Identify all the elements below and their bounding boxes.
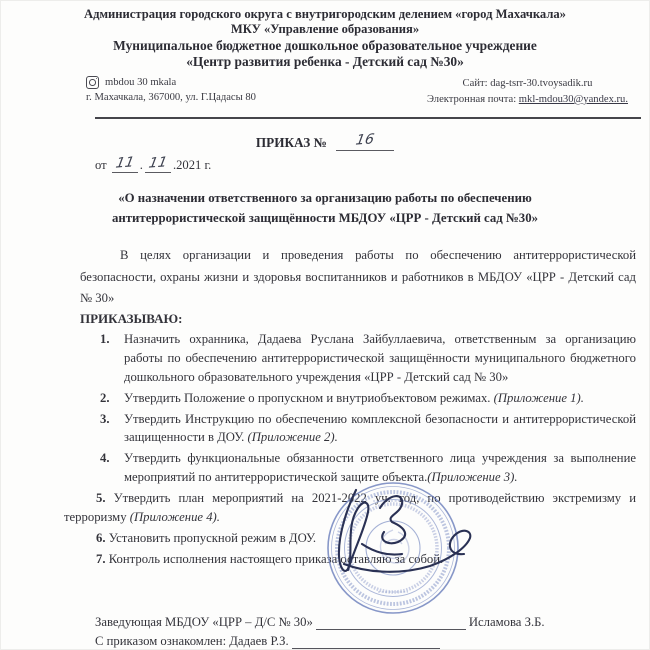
appendix-ref: (Приложение 1). (494, 391, 584, 405)
date-year: .2021 г. (173, 158, 211, 172)
head-title: Заведующая МБДОУ «ЦРР – Д/С № 30» (95, 615, 313, 630)
list-item: 7. Контроль исполнения настоящего приказ… (64, 550, 636, 569)
contact-right: Сайт: dag-tsrr-30.tvoysadik.ru Электронн… (427, 76, 628, 108)
letterhead-institution: Муниципальное бюджетное дошкольное образ… (0, 38, 650, 54)
header-divider (95, 117, 641, 119)
order-heading: ПРИКАЗ № 16 (0, 134, 650, 151)
order-subject: «О назначении ответственного за организа… (75, 189, 575, 229)
list-item: 3. Утвердить Инструкцию по обеспечению к… (100, 410, 636, 448)
head-signature-line (316, 616, 466, 630)
head-name: Исламова З.Б. (469, 615, 545, 630)
subject-line-1: «О назначении ответственного за организа… (75, 189, 575, 209)
item-text: Назначить охранника, Дадаева Руслана Зай… (118, 330, 636, 386)
order-date-line: от 11.11.2021 г. (95, 157, 650, 173)
order-items-list: 1. Назначить охранника, Дадаева Руслана … (100, 330, 636, 486)
item-number: 3. (100, 410, 118, 448)
letterhead-department: МКУ «Управление образования» (0, 22, 650, 37)
contact-block: mbdou 30 mkala г. Махачкала, 367000, ул.… (86, 76, 628, 108)
list-item: 2. Утвердить Положение о пропускном и вн… (100, 389, 636, 408)
preamble-paragraph: В целях организации и проведения работы … (80, 245, 636, 309)
date-month-slot: 11 (145, 157, 171, 173)
list-item: 5. Утвердить план мероприятий на 2021-20… (64, 489, 636, 527)
contact-left: mbdou 30 mkala г. Махачкала, 367000, ул.… (86, 76, 256, 103)
date-day-slot: 11 (112, 157, 138, 173)
letterhead-administration: Администрация городского округа с внутри… (0, 7, 650, 22)
list-item: 1. Назначить охранника, Дадаева Руслана … (100, 330, 636, 386)
email-label: Электронная почта: (427, 94, 519, 105)
instagram-handle: mbdou 30 mkala (105, 77, 176, 88)
postal-address: г. Махачкала, 367000, ул. Г.Цадасы 80 (86, 92, 256, 103)
item-number: 1. (100, 330, 118, 386)
item-number: 4. (100, 449, 118, 487)
letterhead-institution-name: «Центр развития ребенка - Детский сад №3… (0, 54, 650, 70)
signature-block: Заведующая МБДОУ «ЦРР – Д/С № 30» Исламо… (95, 611, 650, 649)
subject-line-2: антитеррористической защищённости МБДОУ … (75, 209, 575, 229)
email-link[interactable]: mkl-mdou30@yandex.ru. (519, 94, 628, 105)
appendix-ref: (Приложение 4). (130, 510, 220, 524)
item-text: Утвердить Инструкцию по обеспечению комп… (118, 410, 636, 448)
item-number: 7. (96, 552, 106, 566)
item-number: 6. (96, 531, 106, 545)
scanned-order-document: Администрация городского округа с внутри… (0, 0, 650, 650)
item-number: 2. (100, 389, 118, 408)
handwritten-date-month: 11 (147, 154, 168, 171)
item-text: Утвердить функциональные обязанности отв… (118, 449, 636, 487)
order-heading-label: ПРИКАЗ № (256, 135, 327, 150)
handwritten-order-number: 16 (355, 131, 376, 148)
list-item: 4. Утвердить функциональные обязанности … (100, 449, 636, 487)
acknowledgement-label: С приказом ознакомлен: Дадаев Р.З. (95, 634, 289, 649)
letterhead: Администрация городского округа с внутри… (0, 0, 650, 71)
date-dot: . (140, 158, 143, 172)
ack-signature-line (292, 635, 440, 649)
decree-label: ПРИКАЗЫВАЮ: (80, 311, 650, 327)
item-text: Утвердить Положение о пропускном и внутр… (118, 389, 636, 408)
item-number: 5. (96, 491, 106, 505)
appendix-ref: (Приложение 3). (427, 470, 517, 484)
date-prefix: от (95, 158, 107, 172)
list-item: 6. Установить пропускной режим в ДОУ. (64, 529, 636, 548)
appendix-ref: (Приложение 2). (248, 430, 338, 444)
website: Сайт: dag-tsrr-30.tvoysadik.ru (427, 76, 628, 92)
order-number-slot: 16 (336, 134, 394, 151)
handwritten-date-day: 11 (114, 154, 135, 171)
instagram-icon (86, 76, 99, 89)
